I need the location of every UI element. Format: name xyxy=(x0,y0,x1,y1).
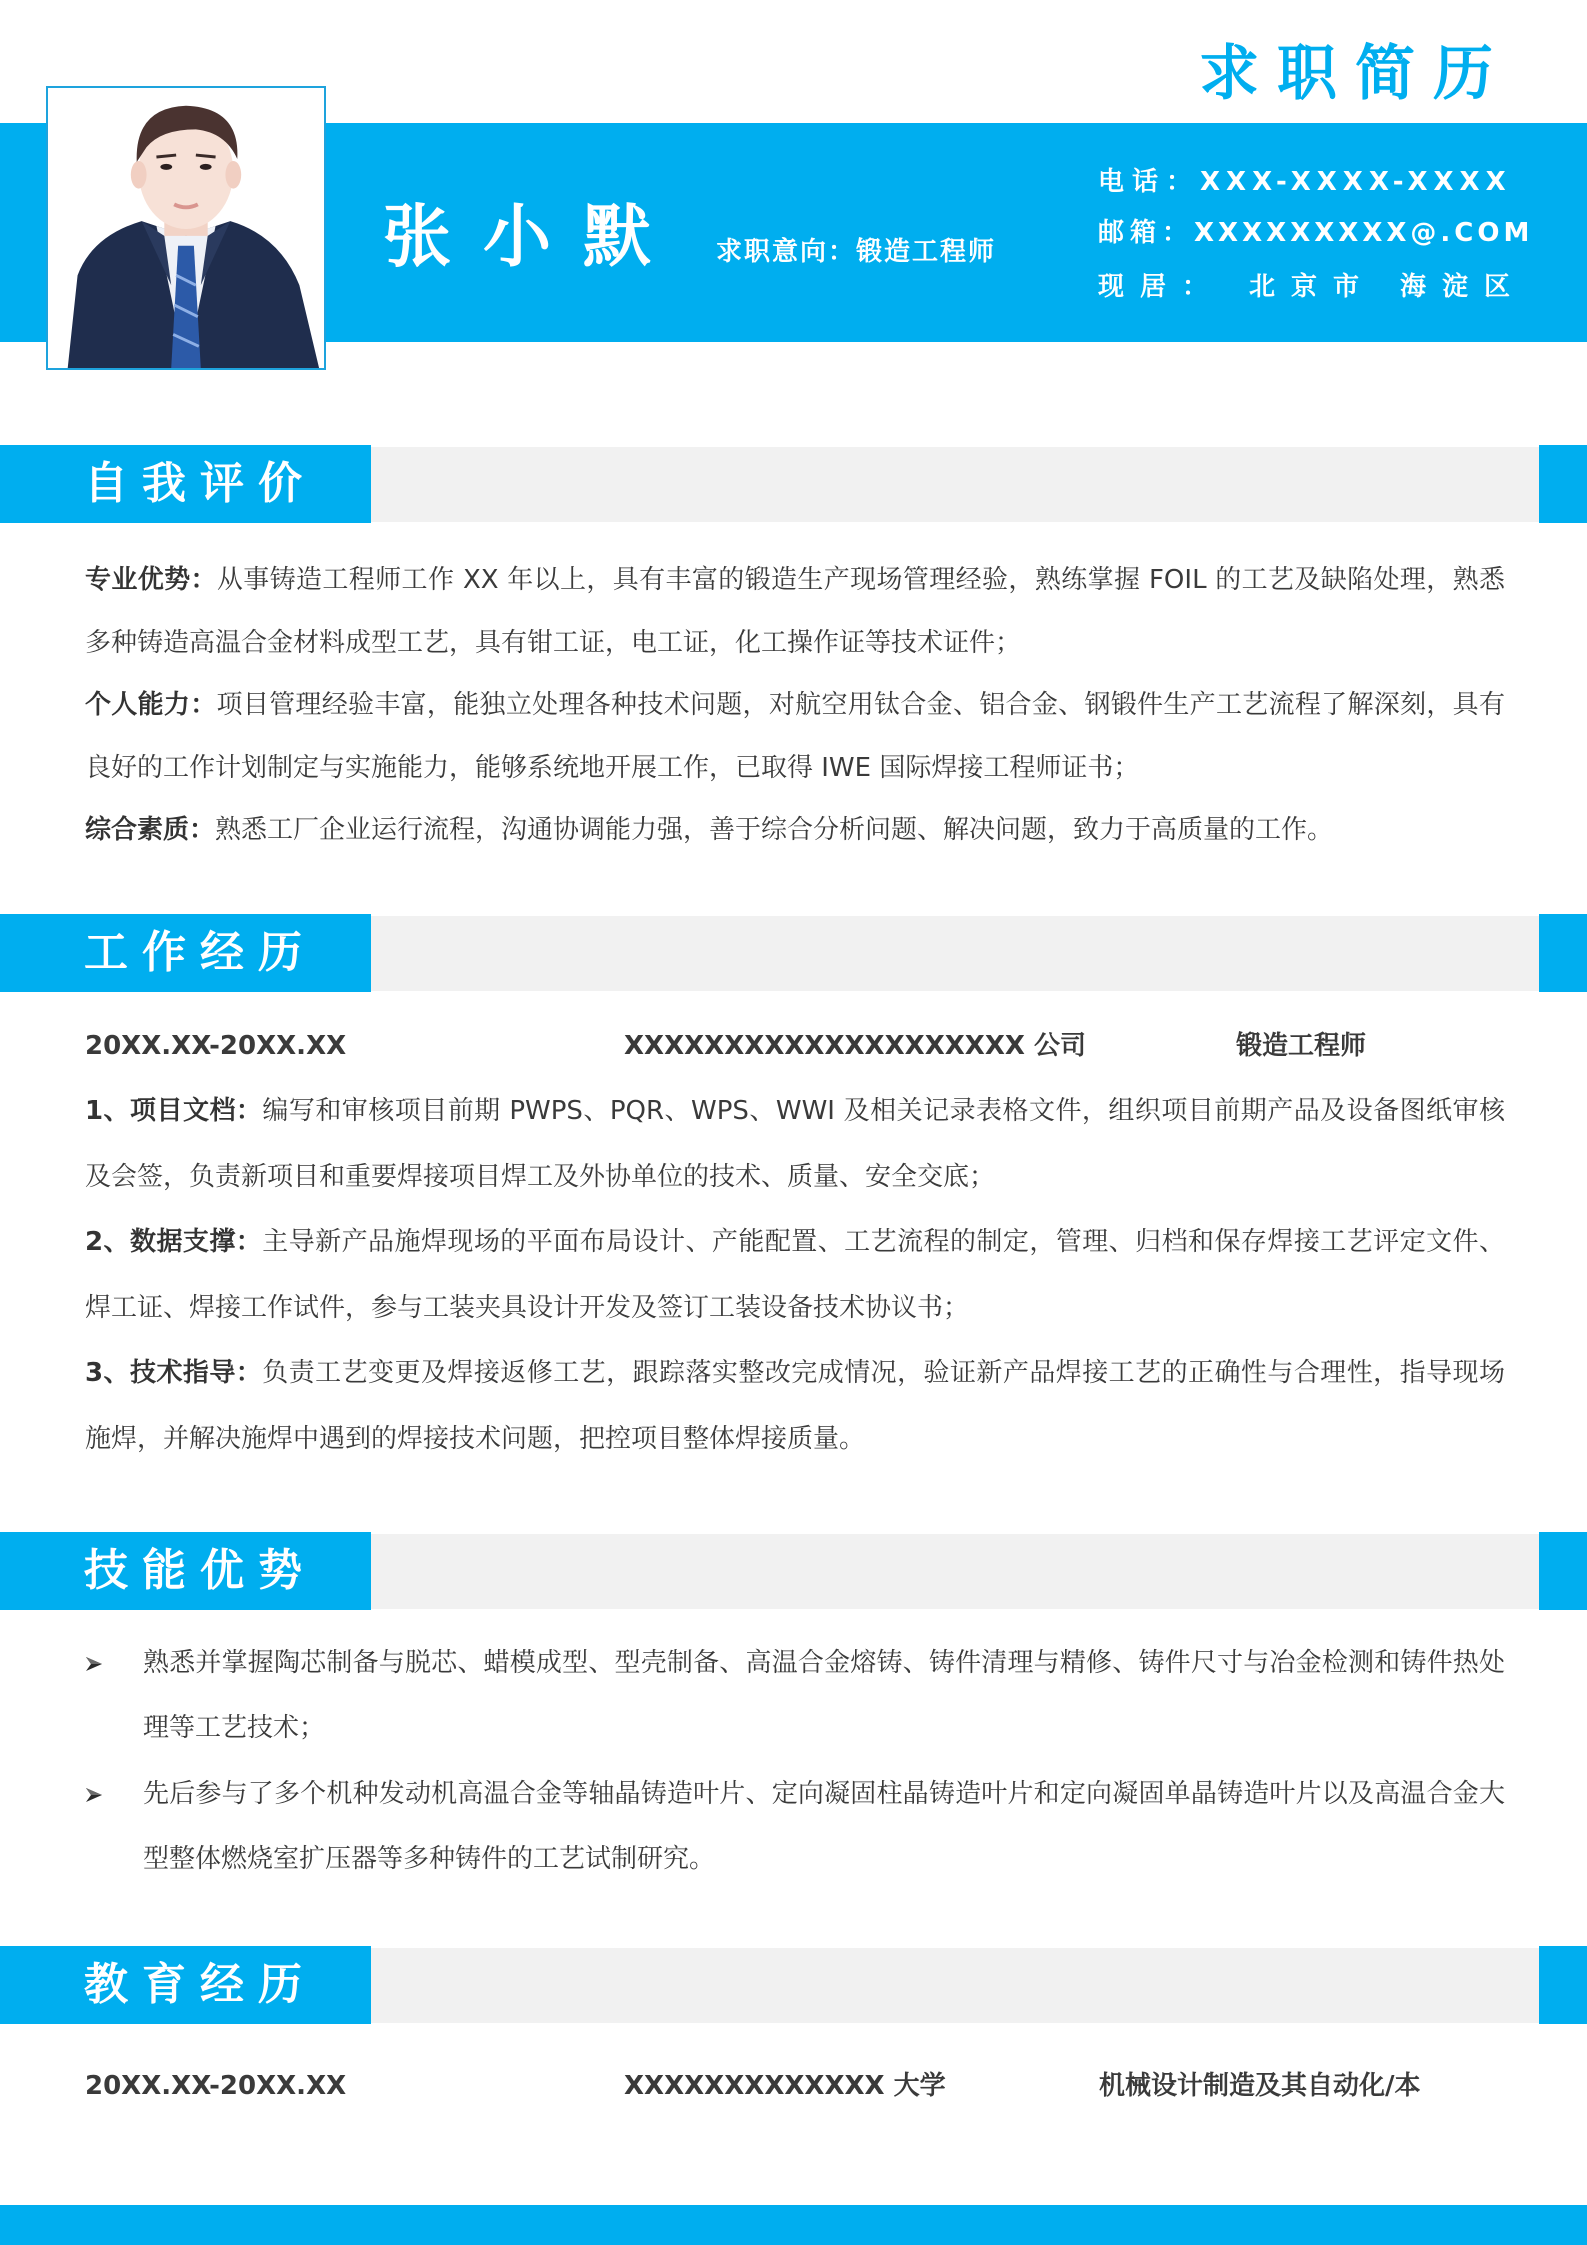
candidate-name: 张小默 xyxy=(383,198,683,278)
objective-value: 锻造工程师 xyxy=(856,237,996,267)
item-label: 2、数据支撑： xyxy=(85,1227,262,1257)
education-major: 机械设计制造及其自动化/本 xyxy=(1099,2069,1421,2103)
section-header-accent xyxy=(1539,914,1587,992)
work-duty-item: 2、数据支撑：主导新产品施焊现场的平面布局设计、产能配置、工艺流程的制定，管理、… xyxy=(85,1209,1505,1341)
objective-label: 求职意向： xyxy=(716,237,856,267)
contact-email: 邮箱： XXXXXXXXX@.COM xyxy=(1098,217,1510,249)
location-label: 现居： xyxy=(1098,271,1224,303)
item-text: 编写和审核项目前期 PWPS、PQR、WPS、WWI 及相关记录表格文件，组织项… xyxy=(85,1096,1505,1192)
item-text: 项目管理经验丰富，能独立处理各种技术问题，对航空用钛合金、铝合金、钢锻件生产工艺… xyxy=(85,690,1505,783)
item-label: 3、技术指导： xyxy=(85,1358,262,1388)
resume-title: 求职简历 xyxy=(1199,38,1511,110)
arrowhead-bullet-icon xyxy=(85,1631,109,1696)
item-label: 专业优势： xyxy=(85,565,217,595)
section-header-strip xyxy=(371,916,1539,991)
contact-phone: 电话： XXX-XXXX-XXXX xyxy=(1098,166,1510,198)
section-title: 技能优势 xyxy=(84,1545,316,1597)
footer-bar xyxy=(0,2205,1587,2245)
work-duty-item: 1、项目文档：编写和审核项目前期 PWPS、PQR、WPS、WWI 及相关记录表… xyxy=(85,1078,1505,1210)
skill-item: 熟悉并掌握陶芯制备与脱芯、蜡模成型、型壳制备、高温合金熔铸、铸件清理与精修、铸件… xyxy=(85,1631,1505,1761)
arrowhead-bullet-icon xyxy=(85,1762,109,1827)
profile-photo xyxy=(46,86,326,370)
work-period: 20XX.XX-20XX.XX xyxy=(85,1029,346,1063)
section-header-accent xyxy=(1539,445,1587,523)
section-title: 教育经历 xyxy=(84,1959,316,2011)
item-label: 综合素质： xyxy=(85,815,215,845)
location-city: 北京市 xyxy=(1249,271,1375,303)
self-evaluation-item: 个人能力：项目管理经验丰富，能独立处理各种技术问题，对航空用钛合金、铝合金、钢锻… xyxy=(85,674,1505,800)
self-evaluation-item: 专业优势：从事铸造工程师工作 XX 年以上，具有丰富的锻造生产现场管理经验，熟练… xyxy=(85,549,1505,675)
avatar-portrait-icon xyxy=(48,88,324,368)
item-text: 负责工艺变更及焊接返修工艺，跟踪落实整改完成情况，验证新产品焊接工艺的正确性与合… xyxy=(85,1358,1505,1454)
work-company: XXXXXXXXXXXXXXXXXXXX 公司 xyxy=(624,1029,1086,1063)
location-district: 海淀区 xyxy=(1400,271,1526,303)
section-header-self-evaluation: 自我评价 xyxy=(0,445,1587,523)
item-label: 1、项目文档： xyxy=(85,1096,262,1126)
skill-text: 先后参与了多个机种发动机高温合金等轴晶铸造叶片、定向凝固柱晶铸造叶片和定向凝固单… xyxy=(143,1762,1505,1892)
skill-text: 熟悉并掌握陶芯制备与脱芯、蜡模成型、型壳制备、高温合金熔铸、铸件清理与精修、铸件… xyxy=(143,1631,1505,1761)
work-position: 锻造工程师 xyxy=(1236,1029,1366,1063)
section-header-strip xyxy=(371,447,1539,522)
item-text: 主导新产品施焊现场的平面布局设计、产能配置、工艺流程的制定，管理、归档和保存焊接… xyxy=(85,1227,1505,1323)
item-label: 个人能力： xyxy=(85,690,217,720)
self-evaluation-item: 综合素质：熟悉工厂企业运行流程，沟通协调能力强，善于综合分析问题、解决问题，致力… xyxy=(85,799,1505,862)
contact-location: 现居： 北京市 海淀区 xyxy=(1098,271,1510,303)
education-period: 20XX.XX-20XX.XX xyxy=(85,2069,346,2103)
email-value: XXXXXXXXX@.COM xyxy=(1194,217,1533,249)
section-header-skills: 技能优势 xyxy=(0,1532,1587,1610)
section-title: 工作经历 xyxy=(84,927,316,979)
education-school: XXXXXXXXXXXXX 大学 xyxy=(624,2069,946,2103)
section-header-accent xyxy=(1539,1532,1587,1610)
section-title: 自我评价 xyxy=(84,458,316,510)
skill-item: 先后参与了多个机种发动机高温合金等轴晶铸造叶片、定向凝固柱晶铸造叶片和定向凝固单… xyxy=(85,1762,1505,1892)
item-text: 熟悉工厂企业运行流程，沟通协调能力强，善于综合分析问题、解决问题，致力于高质量的… xyxy=(215,815,1333,845)
phone-value: XXX-XXXX-XXXX xyxy=(1200,166,1512,198)
work-duty-item: 3、技术指导：负责工艺变更及焊接返修工艺，跟踪落实整改完成情况，验证新产品焊接工… xyxy=(85,1340,1505,1472)
section-header-strip xyxy=(371,1948,1539,2023)
section-header-work-experience: 工作经历 xyxy=(0,914,1587,992)
item-text: 从事铸造工程师工作 XX 年以上，具有丰富的锻造生产现场管理经验，熟练掌握 FO… xyxy=(85,565,1505,658)
section-header-strip xyxy=(371,1534,1539,1609)
email-label: 邮箱： xyxy=(1098,217,1194,249)
phone-label: 电话： xyxy=(1098,166,1200,198)
section-header-education: 教育经历 xyxy=(0,1946,1587,2024)
section-header-accent xyxy=(1539,1946,1587,2024)
job-objective: 求职意向：锻造工程师 xyxy=(716,236,996,268)
